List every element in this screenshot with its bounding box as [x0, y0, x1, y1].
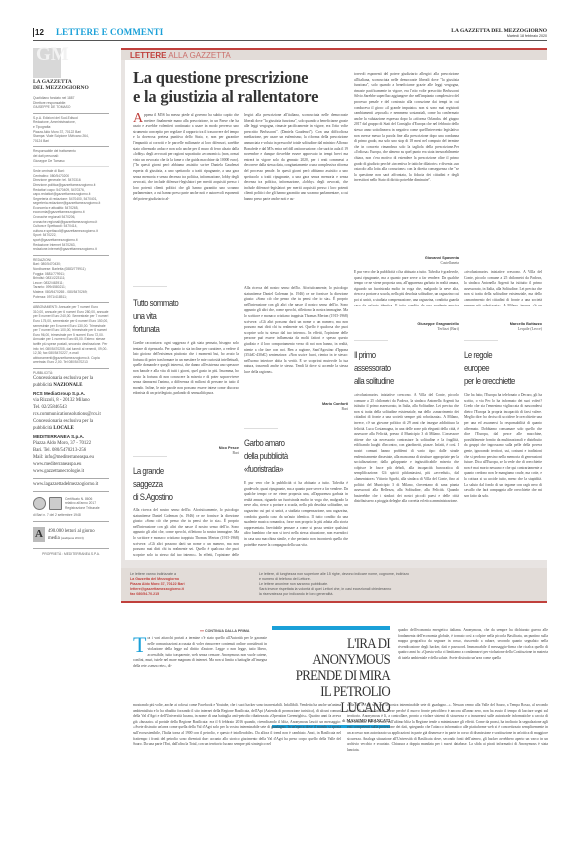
- subscriptions-block: ABBONAMENTI: Annuale per 7 numeri Euro 3…: [33, 303, 109, 369]
- advertising-block: PUBBLICITÀ: Concessionaria esclusiva per…: [33, 369, 109, 479]
- letter-body: Goethe raccontava: ogni saggezza è già s…: [133, 341, 239, 439]
- letter-body: «rivoluzionarie» iniziative crescono. A …: [354, 393, 459, 568]
- letters-submission-info: Le lettere vanno indirizzate a La Gazzet…: [121, 568, 547, 601]
- page-header: 12 LETTERE E COMMENTI LA GAZZETTA DEL ME…: [33, 25, 547, 41]
- letter-assessorato-signature: Marcello ButtazzoLequile (Lecce): [464, 322, 542, 332]
- contacts-block: Sede centrale di Bari: Centralino: 080/5…: [33, 167, 109, 256]
- audipress-icon: A: [33, 527, 45, 542]
- letter-assessorato-continued: «rivoluzionarie» iniziative crescono. A …: [464, 270, 542, 306]
- main-letter-col-3: torevoli esponenti del potere giudiziari…: [354, 72, 459, 256]
- letter-assessorato: Il primo assessorato alla solitudine «ri…: [354, 340, 459, 568]
- letter-title: La grande saggezza di S.Agostino: [133, 465, 220, 504]
- letter-body-start: Alla ricerca del nostro senso dell'io. A…: [133, 508, 239, 558]
- submission-address: Le lettere vanno indirizzate a La Gazzet…: [130, 572, 185, 597]
- letter-title: Tutto sommato una vita fortunata: [133, 297, 220, 336]
- redazioni-block: REDAZIONI Bari: 080/5470430; Nordbarese:…: [33, 256, 109, 303]
- fieg-logo-icon: [49, 497, 62, 510]
- website-link[interactable]: www.lagazzettadelmezzogiorno.it: [33, 481, 109, 488]
- readership-block: A 490.000 lettori al giorno media (Audip…: [33, 522, 109, 549]
- ownership: PROPRIETÀ : MEDITERRANEA S.P.A.: [33, 549, 109, 557]
- necrologie-website-link[interactable]: www.gazzettanecrologie.it: [33, 468, 109, 475]
- colophon-sidebar: GM LA GAZZETTA DEL MEZZOGIORNO Quotidian…: [33, 48, 109, 557]
- letter-garbo-signature: Giuseppe GragnanielloTerlizzi (Bari): [354, 322, 459, 332]
- letter-garbo-amaro: Garbo amaro della pubblicità «fuoristrad…: [244, 428, 348, 559]
- main-letter-title: La questione prescrizione e la giustizia…: [133, 68, 353, 106]
- letter-title: Garbo amaro della pubblicità «fuoristrad…: [244, 437, 329, 476]
- continued-from-front-link[interactable]: »» CONTINUA DALLA PRIMA: [200, 629, 249, 633]
- issue-date: Martedì 18 febbraio 2020: [451, 34, 547, 38]
- letter-saggezza-continued: Alla ricerca del nostro senso dell'io. A…: [244, 286, 348, 386]
- director-block: Quotidiano fondato nel 1887 Direttore re…: [33, 94, 109, 114]
- certification-block: Certificato N. 8606 relativo all'anno 20…: [33, 492, 109, 522]
- letters-section-label: LETTERE ALLA GAZZETTA: [130, 51, 231, 60]
- anonymous-intro: Tra i vari attacchi portati a termine c'…: [133, 636, 267, 678]
- letter-body: Che ha fatto, l'Europa ha telefonato a D…: [464, 393, 542, 568]
- letter-saggezza-signature: Mario ConfortiBari: [244, 402, 348, 412]
- privacy-block: Responsabile del trattamento dei dati pe…: [33, 147, 109, 167]
- paper-name: LA GAZZETTA DEL MEZZOGIORNO: [33, 80, 109, 91]
- drop-cap: T: [133, 636, 146, 654]
- page-number: 12: [33, 28, 44, 37]
- section-title: LETTERE E COMMENTI: [56, 27, 163, 37]
- anonymous-body-right-top: quadro dell'economia energetica italiana…: [398, 628, 548, 698]
- publisher-block: S.p.A. Edizioni del Sud-Edisud Redazione…: [33, 114, 109, 148]
- letter-title: Il primo assessorato alla solitudine: [354, 349, 440, 388]
- letter-tutto-sommato: Tutto sommato una vita fortunata Goethe …: [133, 286, 239, 456]
- anonymous-body-left: mostrando più volte, anche ai colossi co…: [133, 703, 341, 798]
- website-block: www.lagazzettadelmezzogiorno.it: [33, 479, 109, 492]
- letter-body: È pur vero che la pubblicità ci ha abitu…: [244, 481, 348, 559]
- main-letter-col-2: lergici alla prescrizione all'italiana, …: [244, 113, 348, 268]
- letter-regole-europee: Le regole europee per le orecchiette Che…: [464, 340, 542, 582]
- ads-seal-icon: [33, 497, 46, 510]
- main-letter-signature: Giovanni SpaventaCastellaneta: [354, 256, 459, 266]
- mediterranea-website-link[interactable]: www.mediterraneaspa.eu: [33, 461, 109, 468]
- letter-title: Le regole europee per le orecchiette: [464, 349, 528, 388]
- letter-garbo-continued: È pur vero che la pubblicità ci ha abitu…: [354, 270, 459, 306]
- rcs-email-link[interactable]: rcs.communicationsolutions@rcs.it: [33, 411, 109, 418]
- anonymous-body-right: della Val d'Agri solo per la vostra inte…: [347, 703, 548, 798]
- main-letter-col-1: Appena il M5S ha messo piede al governo …: [133, 113, 239, 268]
- submission-rules: Le lettere, di lunghezza non superiore a…: [259, 572, 539, 597]
- double-arrow-icon: »»: [200, 629, 204, 633]
- drop-cap: A: [133, 113, 143, 124]
- masthead: LA GAZZETTA DEL MEZZOGIORNO Martedì 18 f…: [451, 28, 547, 38]
- newspaper-logo-icon: GM: [33, 48, 61, 78]
- letter-saggezza: La grande saggezza di S.Agostino Alla ri…: [133, 456, 239, 558]
